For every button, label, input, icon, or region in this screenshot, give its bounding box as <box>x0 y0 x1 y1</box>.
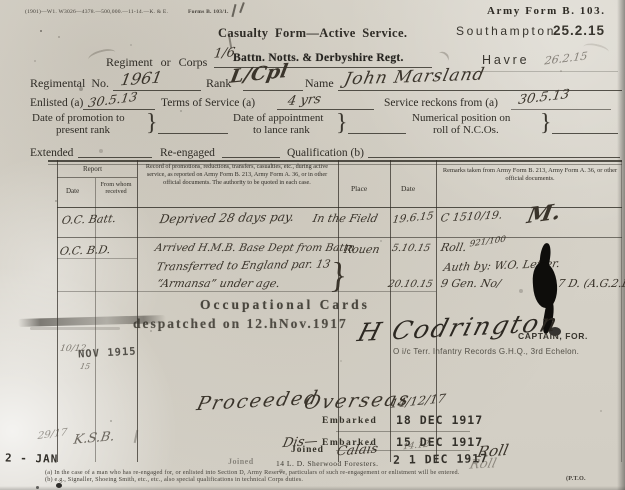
date2-header: Date <box>401 184 415 193</box>
roll-handwriting-faint: Roll <box>468 456 498 472</box>
row2-date: 5.10.15 <box>391 243 432 254</box>
casualty-form-scan: (1901)—W1. W3026—4378.—500,000.—11-14.—K… <box>0 0 625 490</box>
pen-squiggle <box>435 49 451 65</box>
form-title: Casualty Form—Active Service. <box>218 26 407 41</box>
qualification-label: Qualification (b) <box>287 147 364 159</box>
joined-stamp: Joined <box>291 445 324 455</box>
report-header-rule <box>57 177 137 178</box>
stamp-row-rule <box>336 431 470 432</box>
promotion-label-line2: present rank <box>56 124 110 136</box>
brace-glyph: } <box>336 110 348 137</box>
rank-handwriting: L/Cpl <box>228 60 289 88</box>
field-underline <box>243 90 303 91</box>
print-code: (1901)—W1. W3026—4378.—500,000.—11-14.—K… <box>25 9 168 15</box>
field-underline <box>158 133 228 134</box>
remarks-header: Remarks taken from Army Form B. 213, Arm… <box>442 167 618 183</box>
joined-stamp-faint: Joined <box>228 457 254 466</box>
codrington-signature: H Codrington <box>355 308 563 347</box>
rank-label: Rank <box>206 76 231 91</box>
jan-receipt-stamp: 2 - JAN <box>5 452 59 466</box>
row-rule-partial <box>57 258 137 259</box>
from-whom-header: From whom received <box>96 181 136 195</box>
regimental-no-label: Regimental No. <box>30 76 109 91</box>
nov-stamp-sub-handwriting: 15 <box>79 362 91 371</box>
southampton-stamp: Southampton <box>456 24 556 38</box>
terms-handwriting: 4 yrs <box>286 92 322 109</box>
reckons-label: Service reckons from (a) <box>384 97 498 109</box>
row1-place: In the Field <box>312 212 379 225</box>
row1-initial-flourish: M. <box>525 199 563 229</box>
captain-stamp: CAPTAIN, FOR. <box>518 331 588 341</box>
row2-from-whom: O.C. B.D. <box>59 243 112 258</box>
row1-date: 19.6.15 <box>392 210 435 226</box>
army-form-number: Army Form B. 103. <box>487 5 606 17</box>
havre-stamp: Havre <box>482 53 529 67</box>
table-column-line <box>137 160 138 462</box>
row4-remarks-b: 7 D. (A.G.2.B) <box>557 277 625 290</box>
pto-note: (P.T.O. <box>566 475 586 482</box>
brace-glyph: } <box>146 110 158 137</box>
row4-date: 20.10.15 <box>387 279 434 290</box>
brace-glyph: } <box>540 110 552 137</box>
footnote-b: (b) e.g., Signaller, Shoeing Smith, etc.… <box>45 476 303 483</box>
table-right-border <box>621 160 622 462</box>
paper-specks <box>40 30 42 32</box>
footnote-a: (a) In the case of a man who has re-enga… <box>45 469 460 476</box>
form-ref: Forms B. 103/1. <box>188 9 229 15</box>
row-rule <box>57 237 622 238</box>
scan-bottom-edge <box>0 486 625 490</box>
ink-smear <box>30 327 120 330</box>
report-header: Report <box>83 165 102 173</box>
calais-handwriting: Calais <box>335 442 379 460</box>
date-header: Date <box>66 187 79 195</box>
record-brace-glyph: } <box>328 254 349 296</box>
southampton-date-stamp: 25.2.15 <box>553 23 605 38</box>
record-header: Record of promotions, reductions, transf… <box>141 163 333 187</box>
occupational-cards-stamp-line1: Occupational Cards <box>200 297 370 313</box>
field-underline <box>368 157 620 158</box>
regiment-unit-stamp: Battn. Notts. & Derbyshire Regt. <box>233 52 404 64</box>
field-underline <box>511 109 611 110</box>
records-office-stamp: O i/c Terr. Infantry Records G.H.Q., 3rd… <box>393 347 579 356</box>
numerical-label-line2: roll of N.C.Os. <box>433 124 499 136</box>
table-left-border <box>57 160 58 462</box>
appointment-label-line1: Date of appointment <box>233 112 323 124</box>
regimental-no-handwriting: 1961 <box>119 68 164 90</box>
reengaged-label: Re-engaged <box>160 147 215 159</box>
nov-1915-stamp: NOV 1915 <box>78 345 137 360</box>
field-underline <box>83 109 155 110</box>
unit-stamp: 14 L. D. Sherwood Foresters. <box>276 459 379 468</box>
appointment-label-line2: to lance rank <box>253 124 310 136</box>
row1-record: Deprived 28 days pay. <box>158 210 295 226</box>
promotion-label-line1: Date of promotion to <box>32 112 125 124</box>
field-underline <box>348 133 406 134</box>
extended-label: Extended <box>30 147 73 159</box>
bottom-note-ksb: K.S.B. <box>72 429 115 447</box>
field-underline <box>552 133 618 134</box>
field-underline <box>277 109 374 110</box>
embarked-date-1: 18 DEC 1917 <box>396 413 483 427</box>
field-underline <box>222 157 280 158</box>
place-header: Place <box>351 184 367 193</box>
row4-remarks: 9 Gen. No/ <box>440 277 503 290</box>
row2-remarks: Roll. <box>440 241 468 254</box>
field-underline <box>78 157 152 158</box>
havre-date-handwriting: 26.2.15 <box>544 49 589 67</box>
row1-remarks: C 1510/19. <box>440 208 504 224</box>
row-rule <box>57 291 436 292</box>
table-top-rule <box>48 160 622 162</box>
row4-record: “Armansa” under age. <box>156 277 282 290</box>
table-column-line <box>390 160 391 462</box>
enlisted-date-handwriting: 30.5.13 <box>87 89 138 110</box>
enlisted-label: Enlisted (a) <box>30 97 83 109</box>
row2-record: Arrived H.M.B. Base Dept from Battn <box>154 242 356 254</box>
row3-record: Transferred to England par. 13 <box>155 257 331 273</box>
name-label: Name <box>305 76 334 91</box>
ink-dot <box>56 483 62 488</box>
pen-mark <box>231 4 236 17</box>
terms-label: Terms of Service (a) <box>161 97 255 109</box>
name-handwriting: John Marsland <box>342 65 487 90</box>
bottom-note-digits: 29/17 <box>37 427 68 442</box>
ink-dot <box>36 486 39 489</box>
field-underline <box>338 90 622 91</box>
embarked-stamp-1: Embarked <box>322 416 377 426</box>
pen-mark <box>239 2 244 13</box>
numerical-label-line1: Numerical position on <box>412 112 510 124</box>
table-top-rule-2 <box>48 164 622 165</box>
row1-from-whom: O.C. Batt. <box>61 212 118 227</box>
